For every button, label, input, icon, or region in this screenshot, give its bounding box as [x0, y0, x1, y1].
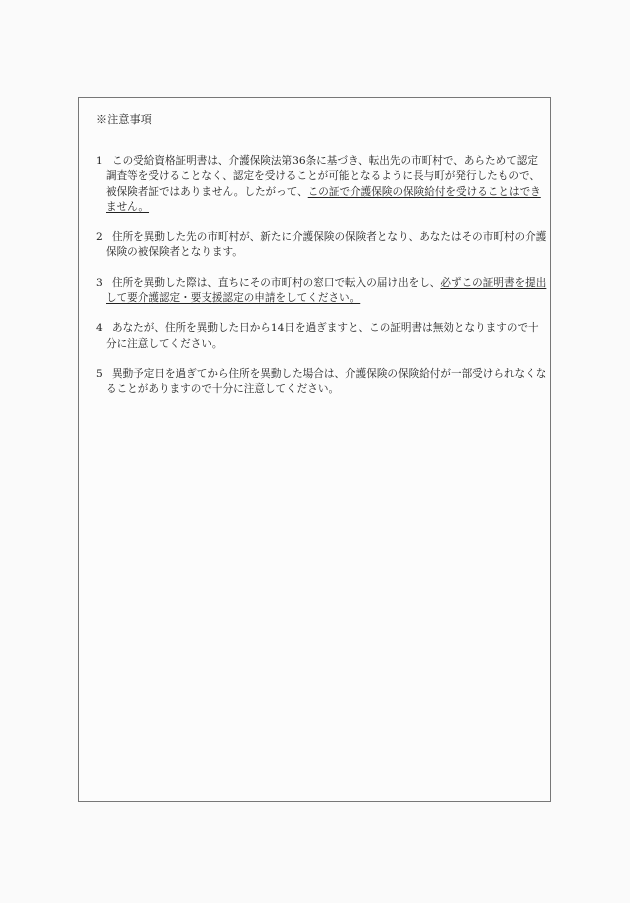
item-text: あなたが、住所を異動した日から14日を過ぎますと、この証明書は無効となりますので…: [106, 322, 539, 349]
item-text: 住所を異動した際は、直ちにその市町村の窓口で転入の届け出をし、: [112, 277, 440, 289]
notice-title: ※注意事項: [96, 113, 152, 127]
notice-item-4: 4あなたが、住所を異動した日から14日を過ぎますと、この証明書は無効となりますの…: [96, 321, 548, 352]
item-number: 3: [96, 276, 112, 291]
notice-item-3: 3住所を異動した際は、直ちにその市町村の窓口で転入の届け出をし、必ずこの証明書を…: [96, 276, 548, 307]
notice-item-1: 1この受給資格証明書は、介護保険法第36条に基づき、転出先の市町村で、あらためて…: [96, 154, 548, 215]
item-number: 5: [96, 367, 112, 382]
notice-item-5: 5異動予定日を過ぎてから住所を異動した場合は、介護保険の保険給付が一部受けられな…: [96, 367, 548, 398]
item-text: 住所を異動した先の市町村が、新たに介護保険の保険者となり、あなたはその市町村の介…: [106, 231, 546, 258]
item-number: 1: [96, 154, 112, 169]
notice-box: ※注意事項 1この受給資格証明書は、介護保険法第36条に基づき、転出先の市町村で…: [78, 97, 551, 802]
item-number: 4: [96, 321, 112, 336]
notice-list: 1この受給資格証明書は、介護保険法第36条に基づき、転出先の市町村で、あらためて…: [96, 154, 548, 413]
item-number: 2: [96, 230, 112, 245]
item-text: 異動予定日を過ぎてから住所を異動した場合は、介護保険の保険給付が一部受けられなく…: [106, 368, 546, 395]
notice-item-2: 2住所を異動した先の市町村が、新たに介護保険の保険者となり、あなたはその市町村の…: [96, 230, 548, 261]
